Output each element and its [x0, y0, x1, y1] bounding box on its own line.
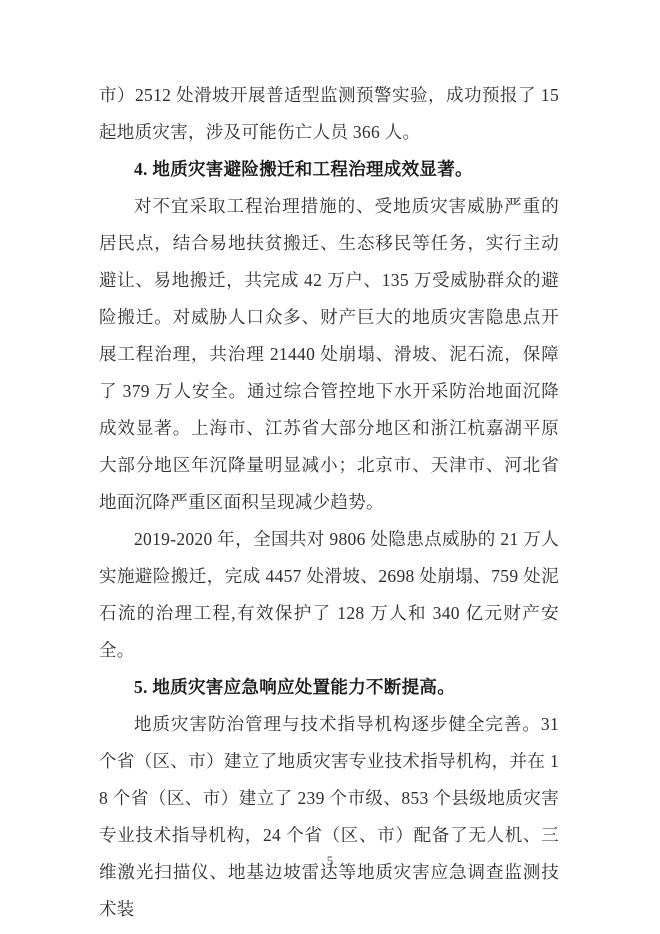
paragraph: 对不宜采取工程治理措施的、受地质灾害威胁严重的居民点，结合易地扶贫搬迁、生态移民…	[99, 188, 559, 521]
page-footer: 5	[0, 852, 660, 870]
paragraph: 地质灾害防治管理与技术指导机构逐步健全完善。31 个省（区、市）建立了地质灾害专…	[99, 706, 559, 928]
section-heading-4: 4. 地质灾害避险搬迁和工程治理成效显著。	[99, 151, 559, 188]
section-heading-5: 5. 地质灾害应急响应处置能力不断提高。	[99, 669, 559, 706]
paragraph-continuation: 市）2512 处滑坡开展普适型监测预警实验，成功预报了 15 起地质灾害，涉及可…	[99, 77, 559, 151]
page-number: 5	[327, 853, 334, 868]
document-page: 市）2512 处滑坡开展普适型监测预警实验，成功预报了 15 起地质灾害，涉及可…	[0, 0, 660, 934]
paragraph: 2019-2020 年，全国共对 9806 处隐患点威胁的 21 万人实施避险搬…	[99, 521, 559, 669]
page-body: 市）2512 处滑坡开展普适型监测预警实验，成功预报了 15 起地质灾害，涉及可…	[99, 77, 559, 928]
